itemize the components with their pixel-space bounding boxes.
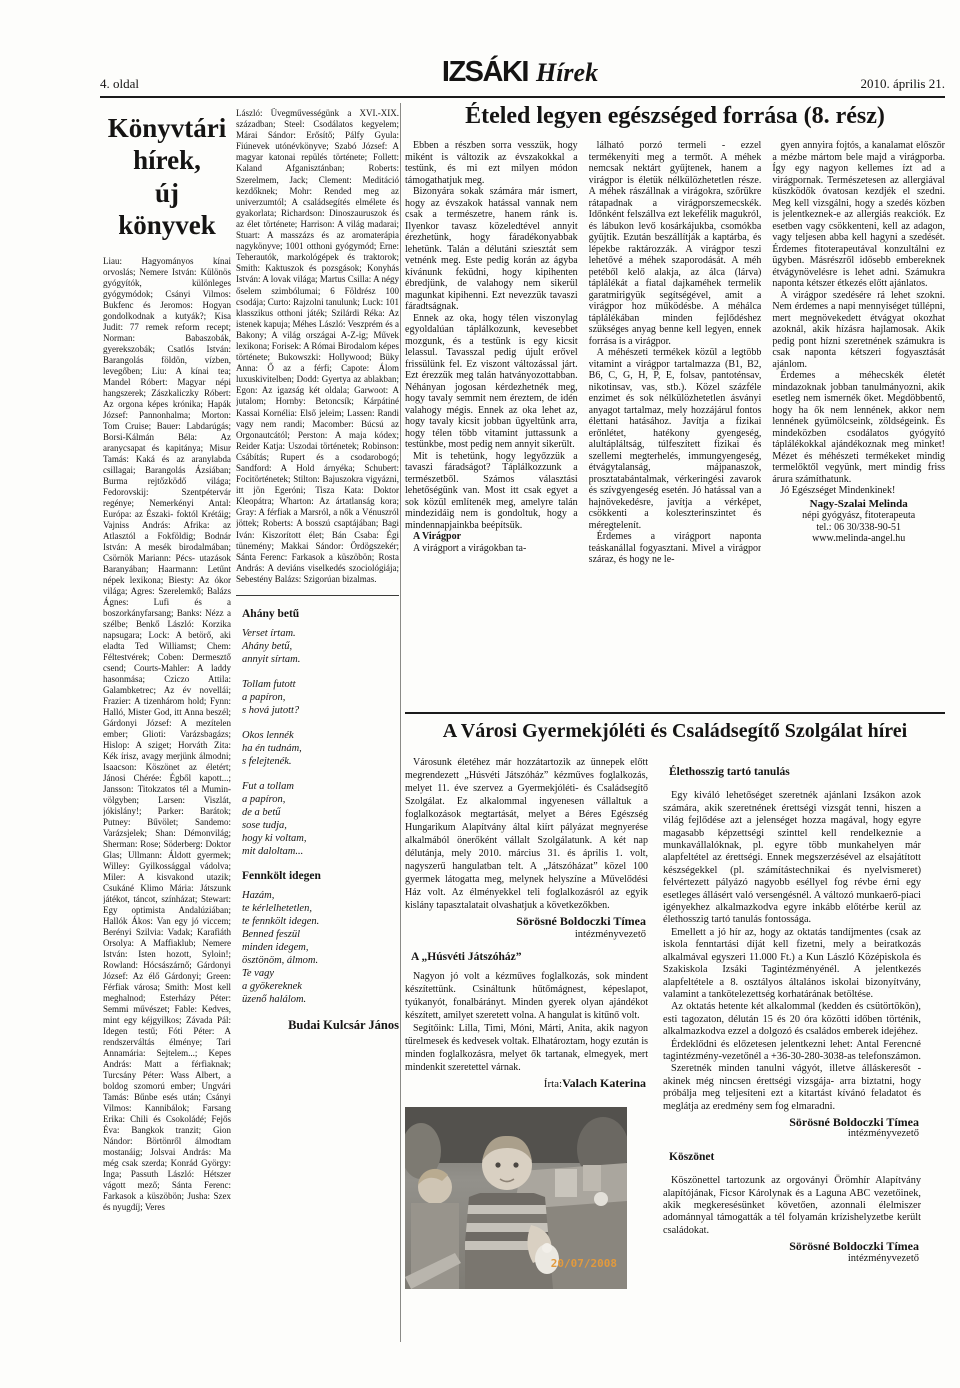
header-rule xyxy=(100,96,945,98)
poem-1-stanza-1: Verset írtam. Ahány betű, annyit sírtam. xyxy=(242,627,399,666)
poem-author: Budai Kulcsár János xyxy=(236,1018,399,1033)
poem-1-stanza-3: Okos lennék ha én tudnám, s felejtenék. xyxy=(242,729,399,768)
paragraph: Segítőink: Lilla, Timi, Móni, Márti, Ani… xyxy=(405,1022,648,1074)
newspaper-page: 4. oldal IZSÁKI Hírek 2010. április 21. … xyxy=(0,0,960,1388)
subhead-husveti-jatszohaz: A „Húsvéti Játszóház” xyxy=(405,951,648,964)
paragraph: Egy kiváló lehetőséget szeretnék ajánlan… xyxy=(663,790,921,926)
paragraph: Nagyon jó volt a kézműves foglalkozás, s… xyxy=(405,970,648,1022)
signature-name: Sörösné Boldoczki Tímea xyxy=(405,915,646,928)
photo-date-stamp: 20/07/2008 xyxy=(551,1257,617,1270)
signature-block: Sörösné Boldoczki Tímea intézményvezető xyxy=(405,915,646,941)
signature-block: Sörösné Boldoczki Tímea intézményvezető xyxy=(663,1240,919,1265)
service-article: A Városi Gyermekjóléti és Családsegítő S… xyxy=(405,720,945,1289)
health-article-column-1: Ebben a részben sorra vesszük, hogy miké… xyxy=(405,140,578,566)
health-article-headline: Ételed legyen egészséged forrása (8. rés… xyxy=(405,103,945,130)
subhead-viragpor: A Virágpor xyxy=(405,531,578,543)
service-article-right-column: Élethosszig tartó tanulás Egy kiváló leh… xyxy=(663,756,921,1289)
health-article-column-2: lálható porzó termeli - ezzel termékenyí… xyxy=(589,140,762,566)
issue-date: 2010. április 21. xyxy=(861,76,946,92)
subhead-elethosszig: Élethosszig tartó tanulás xyxy=(663,766,921,778)
service-article-left-column: Városunk életéhez már hozzátartozik az ü… xyxy=(405,756,648,1289)
paragraph: Szeretnék minden tanulni vágyót, illetve… xyxy=(663,1063,921,1113)
paragraph: Érdemes a méhecskék életét mindazoknak j… xyxy=(772,370,945,485)
paragraph: Ebben a részben sorra vesszük, hogy miké… xyxy=(405,140,578,186)
library-section-col1: Könyvtári hírek, új könyvek Liau: Hagyom… xyxy=(103,112,231,1213)
signature-block: Sörösné Boldoczki Tímea intézményvezető xyxy=(663,1116,919,1141)
masthead: IZSÁKI Hírek xyxy=(330,56,710,89)
section-divider-rule xyxy=(405,712,945,714)
service-article-headline: A Városi Gyermekjóléti és Családsegítő S… xyxy=(405,720,945,743)
paragraph: Ennek az oka, hogy télen viszonylag egyo… xyxy=(405,313,578,451)
service-intro: Városunk életéhez már hozzátartozik az ü… xyxy=(405,756,648,912)
signature-name: Sörösné Boldoczki Tímea xyxy=(663,1240,919,1252)
paragraph: Az oktatás hetente két alkalommal (kedde… xyxy=(663,1001,921,1038)
poem-1-stanza-4: Fut a tollam a papíron, de a betű sose t… xyxy=(242,780,399,858)
health-signature-details: népi gyógyász, fitoterapeuta tel.: 06 30… xyxy=(772,510,945,545)
subhead-koszonet: Köszönet xyxy=(663,1151,921,1163)
poems-divider-rule xyxy=(236,595,399,596)
thanks-paragraph: Köszönettel tartozunk az orgoványi Örömh… xyxy=(663,1175,921,1237)
paragraph: lálható porzó termeli - ezzel termékenyí… xyxy=(589,140,762,347)
paragraph: Érdemes a virágport naponta teáskanállal… xyxy=(589,531,762,566)
poem-1-title: Ahány betű xyxy=(242,608,399,620)
health-article: Ételed legyen egészséged forrása (8. rés… xyxy=(405,103,945,566)
paragraph: Emellett a jó hír az, hogy az oktatás ta… xyxy=(663,927,921,1001)
signature-role: intézményvezető xyxy=(663,1253,919,1265)
poem-2-title: Fennkölt idegen xyxy=(242,870,399,882)
library-title: Könyvtári hírek, új könyvek xyxy=(103,112,231,242)
paragraph: gyen annyira fojtós, a kanalamat először… xyxy=(772,140,945,290)
paragraph: Érdeklődni és előzetesen jelentkezni leh… xyxy=(663,1039,921,1064)
byline-author: Valach Katerina xyxy=(562,1076,646,1090)
health-signature-name: Nagy-Szalai Melinda xyxy=(772,499,945,511)
paragraph: A méhészeti termékek közül a legtöbb vit… xyxy=(589,347,762,531)
signature-role: intézményvezető xyxy=(663,1128,919,1140)
byline-label: Írta: xyxy=(544,1078,562,1090)
column-divider-rule xyxy=(400,103,401,1342)
poem-1-stanza-2: Tollam futott a papíron, s hová jutott? xyxy=(242,678,399,717)
poem-2-stanza: Hazám, te kérlelhetetlen, te fennkölt id… xyxy=(242,889,399,1006)
paragraph: A virágpor szedésére rá lehet szokni. Ne… xyxy=(772,290,945,371)
book-list-col1: Liau: Hagyományos kínai orvoslás; Nemere… xyxy=(103,256,231,1213)
byline: Írta:Valach Katerina xyxy=(405,1077,646,1091)
masthead-sub-title: Hírek xyxy=(536,58,598,87)
closing-wish: Jó Egészséget Mindenkinek! xyxy=(772,485,945,497)
page-number-label: 4. oldal xyxy=(100,76,139,92)
craft-workshop-photo: 20/07/2008 xyxy=(405,1107,627,1289)
masthead-main-title: IZSÁKI xyxy=(442,56,528,88)
health-article-column-3: gyen annyira fojtós, a kanalamat először… xyxy=(772,140,945,566)
paragraph: Bizonyára sokak számára már ismert, hogy… xyxy=(405,186,578,313)
paragraph: Mit is tehetünk, hogy legyőzzük a tavasz… xyxy=(405,451,578,532)
book-list-col2: László: Üvegművességünk a XVI.-XIX. száz… xyxy=(236,108,399,585)
library-section-col2: László: Üvegművességünk a XVI.-XIX. száz… xyxy=(236,108,399,1033)
signature-name: Sörösné Boldoczki Tímea xyxy=(663,1116,919,1128)
signature-role: intézményvezető xyxy=(405,928,646,941)
paragraph: A virágport a virágokban ta- xyxy=(405,543,578,555)
